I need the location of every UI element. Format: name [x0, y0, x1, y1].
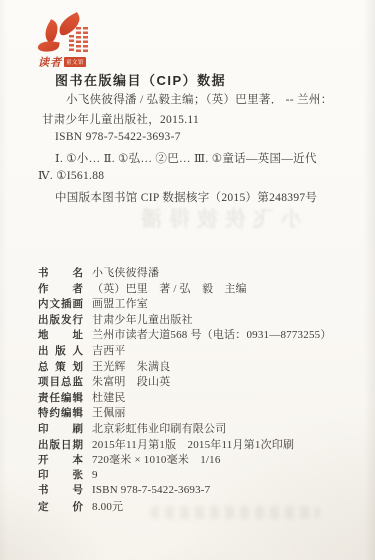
row-label: 印 刷 — [38, 421, 83, 436]
publisher-logo: 读者 童文馆 — [38, 12, 96, 66]
table-row: 特约编辑 王佩丽 — [38, 404, 358, 420]
logo-script-text: 读者 — [38, 54, 62, 70]
row-value: 甘肃少年儿童出版社 — [92, 311, 193, 327]
row-value: 小飞侠彼得潘 — [92, 264, 159, 280]
row-value: 北京彩虹伟业印刷有限公司 — [92, 420, 226, 436]
logo-sub-text: 童文馆 — [64, 57, 86, 67]
table-row: 内文插画 画盟工作室 — [38, 295, 358, 311]
colophon-table: 书 名 小飞侠彼得潘 作 者 （英）巴里 著 / 弘 毅 主编 内文插画 画盟工… — [38, 264, 358, 514]
table-row: 项目总监 朱富明 段山英 — [38, 373, 358, 389]
row-value: 8.00元 — [92, 498, 123, 514]
table-row: 出版发行 甘肃少年儿童出版社 — [38, 311, 358, 327]
logo-tiny-text-decoration — [69, 27, 91, 55]
table-row: 定 价 8.00元 — [38, 498, 358, 514]
table-row: 印 刷 北京彩虹伟业印刷有限公司 — [38, 420, 358, 436]
row-label: 作 者 — [38, 281, 83, 296]
row-value: （英）巴里 著 / 弘 毅 主编 — [92, 280, 247, 296]
cip-heading: 图书在版编目（CIP）数据 — [55, 70, 226, 89]
book-copyright-page: 读者 童文馆 图书在版编目（CIP）数据 小飞侠彼得潘 / 弘毅主编；（英）巴里… — [0, 0, 375, 560]
table-row: 地 址 兰州市读者大道568 号（电话：0931—8773255） — [38, 326, 358, 342]
row-label: 项目总监 — [38, 374, 83, 389]
row-value: 王佩丽 — [92, 404, 126, 420]
row-value: 兰州市读者大道568 号（电话：0931—8773255） — [92, 326, 332, 342]
logo-brand: 读者 童文馆 — [38, 54, 86, 70]
row-label: 地 址 — [38, 327, 83, 342]
show-through-text: 小飞侠彼得潘 — [102, 203, 302, 233]
table-row: 总 策 划 王光辉 朱满良 — [38, 358, 358, 374]
row-value: 朱富明 段山英 — [92, 373, 170, 389]
table-row: 出版日期 2015年11月第1版 2015年11月第1次印刷 — [38, 436, 358, 452]
row-label: 特约编辑 — [38, 405, 83, 420]
cip-classification-line: Ⅰ. ①小… Ⅱ. ①弘… ②巴… Ⅲ. ①童话—英国—近代 — [38, 151, 350, 167]
table-row: 印 张 9 — [38, 467, 358, 483]
table-row: 出 版 人 吉西平 — [38, 342, 358, 358]
row-label: 出 版 人 — [38, 343, 83, 358]
table-row: 书 号 ISBN 978-7-5422-3693-7 — [38, 482, 358, 498]
cip-record-number-line: 中国版本图书馆 CIP 数据核字（2015）第248397号 — [38, 190, 350, 206]
row-label: 书 号 — [38, 482, 83, 497]
row-label: 总 策 划 — [38, 359, 83, 374]
row-label: 内文插画 — [38, 296, 83, 311]
cip-data-block: 小飞侠彼得潘 / 弘毅主编；（英）巴里著． -- 兰州： 甘肃少年儿童出版社，2… — [38, 92, 350, 206]
cip-isbn-line: ISBN 978-7-5422-3693-7 — [38, 129, 350, 145]
logo-petal-icon — [37, 40, 59, 54]
row-label: 定 价 — [38, 499, 83, 514]
row-label: 出版发行 — [38, 312, 83, 327]
row-label: 责任编辑 — [38, 390, 83, 405]
row-value: ISBN 978-7-5422-3693-7 — [92, 484, 210, 496]
row-value: 9 — [92, 469, 98, 481]
table-row: 责任编辑 杜建民 — [38, 389, 358, 405]
row-label: 书 名 — [38, 265, 83, 280]
cip-publisher-line: 甘肃少年儿童出版社，2015.11 — [38, 112, 350, 128]
table-row: 开 本 720毫米 × 1010毫米 1/16 — [38, 451, 358, 467]
row-label: 出版日期 — [38, 437, 83, 452]
cip-title-line: 小飞侠彼得潘 / 弘毅主编；（英）巴里著． -- 兰州： — [38, 92, 350, 108]
row-label: 印 张 — [38, 467, 83, 482]
cip-class-number-line: Ⅳ. ①I561.88 — [38, 168, 350, 184]
row-value: 王光辉 朱满良 — [92, 358, 170, 374]
table-row: 作 者 （英）巴里 著 / 弘 毅 主编 — [38, 280, 358, 296]
table-row: 书 名 小飞侠彼得潘 — [38, 264, 358, 280]
row-value: 吉西平 — [92, 342, 126, 358]
row-label: 开 本 — [38, 452, 83, 467]
row-value: 画盟工作室 — [92, 295, 148, 311]
row-value: 杜建民 — [92, 389, 126, 405]
row-value: 2015年11月第1版 2015年11月第1次印刷 — [92, 436, 294, 452]
row-value: 720毫米 × 1010毫米 1/16 — [92, 451, 221, 467]
